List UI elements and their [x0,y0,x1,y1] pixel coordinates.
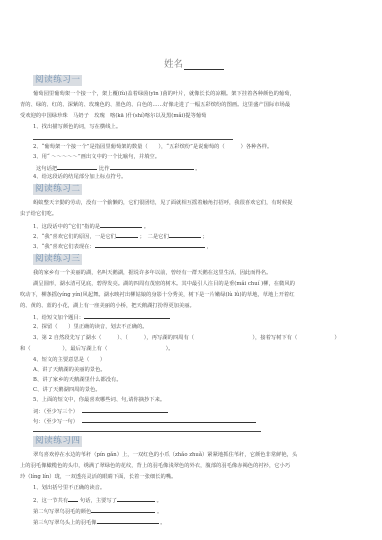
section-heading-3: 阅读练习三 [33,254,82,265]
passage-line: 翠鸟喜欢停在水边的苇秆（pín gǎn）上，一双红色的小爪（zhǎo zhuǎ）… [33,452,297,458]
passage-line: 吹动下，柳条摇(yíng yín)风起舞。湖水映衬出柳姑娘的身影十分秀美，树下是… [20,292,295,298]
option-b[interactable]: B、讲了家乡的天鹅湖里什么都没有。 [33,377,122,383]
worksheet-page: 姓名 阅读练习一 葡萄园里葡萄架一个接一个，架上覆(fù)盖着绿茵(yīn )茵… [0,0,382,540]
question-3-cont: 和（ ），最后写湖上有（ ）。 [20,346,174,352]
question-5-sentence: 句：（至少写一句） [33,417,256,425]
punctuation: 。 [157,509,162,515]
passage-line: 青的、绿的、红的、深紫的、玫瑰色的、墨色的、白色的……好像走进了一幅五彩缤纷的图… [20,102,290,108]
punctuation: 。 [195,166,200,172]
question-5-words: 词：（至少写三个） [33,407,168,415]
question-text: 句：（至少写一句） [33,419,78,425]
question-text: 句话，主要写了 [80,498,117,504]
section-heading-4: 阅读练习四 [33,436,82,447]
question-1: 1、给短文加个题目： [33,313,170,321]
question-text: 第二句写翠鸟羽毛的颜色 [33,509,91,515]
question-text: 2、这一节共有 [33,498,68,504]
question-3: 3、“我”喜欢它们表现在： ， [33,242,212,250]
name-field: 姓名 [164,56,224,70]
answer-blank[interactable] [110,164,194,170]
question-1: 1、这段话中的“它们”指的是 。 [33,222,149,230]
answer-blank[interactable] [57,164,97,170]
question-2c: 第三句写翠鸟头上的羽毛像 。 [33,518,166,526]
answer-line[interactable] [33,431,261,432]
question-3: 3、用“ ～～～～～”画出文中的一个比喻句，并填空。 [33,154,160,160]
question-1: 1、划出括号里不正确的读音。 [33,485,105,491]
question-text: 1、这段话中的“它们”指的是 [33,224,100,230]
question-text: 第三句写翠鸟头上的羽毛像 [33,520,97,526]
passage-line: 虫子给它们吃。 [20,211,57,217]
answer-blank[interactable] [97,518,159,524]
question-1: 1、找出描写颜色的词，写在横线上。 [33,124,121,130]
answer-blank[interactable] [169,232,201,238]
question-2: 2、探留（ ）里正确的读音，划去不正确的。 [33,324,148,330]
passage-line: 上的羽毛像橄榄色的头巾，绣满了翠绿色的花纹，背上的羽毛像浅翠色的外衣，腹部的羽毛… [20,463,290,469]
punctuation: 。 [144,224,149,230]
answer-blank[interactable] [84,313,170,319]
fill-label: 这句话把 [36,166,57,172]
question-2b: 第二句写翠鸟羽毛的颜色 。 [33,507,162,515]
answer-blank[interactable] [100,222,142,228]
punctuation: ， [206,244,211,250]
question-2: 2、“葡萄架一个接一个”是指园里葡萄架的数量（ ），“五彩缤纷”是说葡萄的（ ）… [33,144,272,150]
question-3: 3、第 2 自然段先写了湖水（ ）、（ ），再写湖的四周有（ ），接着写树下有（… [33,335,340,341]
passage-line: 我的家乡有一个美丽的湖，名叫天鹅湖，据说许多年以前，曾经有一群天鹅在这里生活，因… [33,270,271,276]
answer-blank[interactable] [117,496,155,502]
name-label: 姓名 [164,59,183,70]
answer-line[interactable] [33,139,233,140]
answer-blank[interactable] [82,417,256,423]
passage-line: 受欢迎的中国绿珍珠 马奶子 玫瑰 喀(kā )什(shí)喀尔以及黑(mǎi)提… [20,113,206,119]
question-2: 2、“我”喜欢它们的原因，一是它们 ； 二是它们 ； [33,232,208,240]
passage-line: 湖呈圆形，湖水清可见底，碧得发亮。湖的四周有茂密的树木。其中最引人注目的是垂(m… [33,281,295,287]
question-text: 2、“我”喜欢它们的原因，一是它们 [33,234,116,240]
punctuation: 。 [160,520,165,526]
option-a[interactable]: A、讲了天鹅湖的美丽的景色。 [33,367,106,373]
answer-blank[interactable] [82,407,168,413]
question-5: 5、上面的短文中，你最喜欢哪些词、句,请你摘抄下来。 [33,397,165,403]
passage-line: 玲（líng lín）珑，一双透亮灵活的眼睛下面，长着一张细长的嘴。 [20,474,176,480]
answer-blank[interactable] [116,232,138,238]
option-c[interactable]: C、讲了天鹅湖四周的景色。 [33,387,101,393]
answer-blank[interactable] [95,242,205,248]
question-text: 1、给短文加个题目： [33,315,84,321]
passage-line: 的、黄的、蓝的小花，湖上有一座美丽的小桥，把天鹅湖打扮得更加美丽。 [20,303,195,309]
fill-label: 比作 [99,166,110,172]
question-3-fill: 这句话把 比作 。 [36,164,201,172]
section-heading-1: 阅读练习一 [33,75,82,86]
passage-line: 葡萄园里葡萄架一个接一个，架上覆(fù)盖着绿茵(yīn )茵的叶片，就像长长的… [33,91,295,97]
answer-blank[interactable] [91,507,155,513]
question-text: 词：（至少写三个） [33,409,78,415]
punctuation: 。 [157,498,162,504]
punctuation: ； [202,234,207,240]
section-heading-2: 阅读练习二 [33,184,82,195]
passage-line: 蚂蚁整天辛勤的劳动，没有一个偷懒的，它们很团结，见了面就相互摇着触角打招呼，我很… [33,200,293,206]
question-4: 4、短文的主要意思是（ ） [33,357,105,363]
question-2: 2、这一节共有 句话，主要写了 。 [33,496,162,504]
question-text: 3、“我”喜欢它们表现在： [33,244,95,250]
answer-blank[interactable] [68,496,78,502]
question-4: 4、给这段话的结尾部分加上标点符号。 [33,174,126,180]
question-text: ； 二是它们 [140,234,169,240]
name-blank[interactable] [184,60,224,70]
